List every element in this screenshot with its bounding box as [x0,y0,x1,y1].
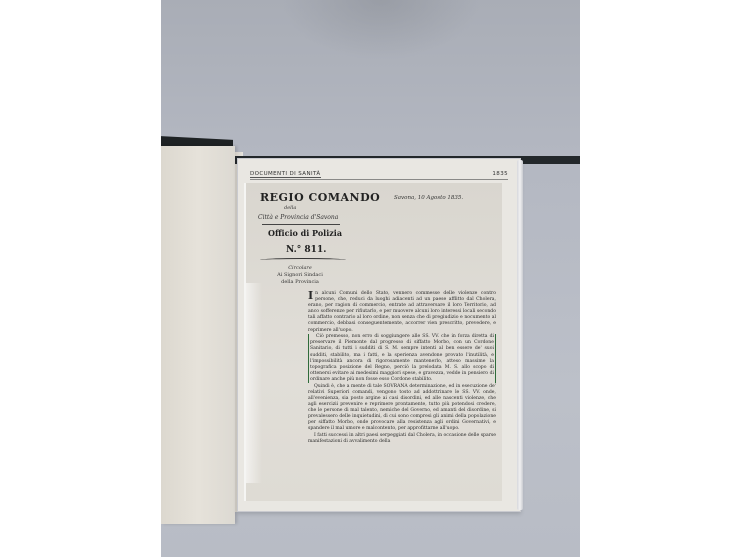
della-text: della [284,205,296,211]
paragraph: In alcuni Comuni dello Stato, vennero co… [308,291,496,334]
document-body: In alcuni Comuni dello Stato, vennero co… [308,291,496,446]
document-sleeve: DOCUMENTI DI SANITÀ 1835 REGIO COMANDO d… [237,158,521,512]
paragraph: Quindi è, che a mente di tale SOVRANA de… [308,384,496,433]
historic-document: REGIO COMANDO della Città e Provincia d'… [244,183,502,501]
drop-cap: I [308,291,313,300]
sleeve-edge [517,160,523,510]
photo-background: DOCUMENTI DI SANITÀ 1835 REGIO COMANDO d… [161,0,580,557]
city-province: Città e Provincia d'Savona [258,214,338,221]
document-title: REGIO COMANDO [260,191,380,204]
year-label: 1835 [492,171,508,177]
paragraph: I fatti successi in altri paesi serpeggi… [308,433,496,445]
binder-left-page [161,146,235,524]
divider [260,258,346,262]
section-label: DOCUMENTI DI SANITÀ [250,171,321,178]
office-name: Officio di Polizia [268,228,342,238]
paragraph: Ciò premesso, non erro di soggiungere al… [308,334,496,383]
document-number: N.° 811. [286,245,326,255]
date-line: Savona, 10 Agosto 1835. [394,195,463,201]
page-header: DOCUMENTI DI SANITÀ 1835 [250,169,508,180]
addressee-line-2: della Provincia [250,279,350,285]
addressee-line-1: Ai Signori Sindaci [250,272,350,278]
glare [246,283,262,483]
circular-label: Circolare [250,265,350,271]
divider [262,224,340,225]
